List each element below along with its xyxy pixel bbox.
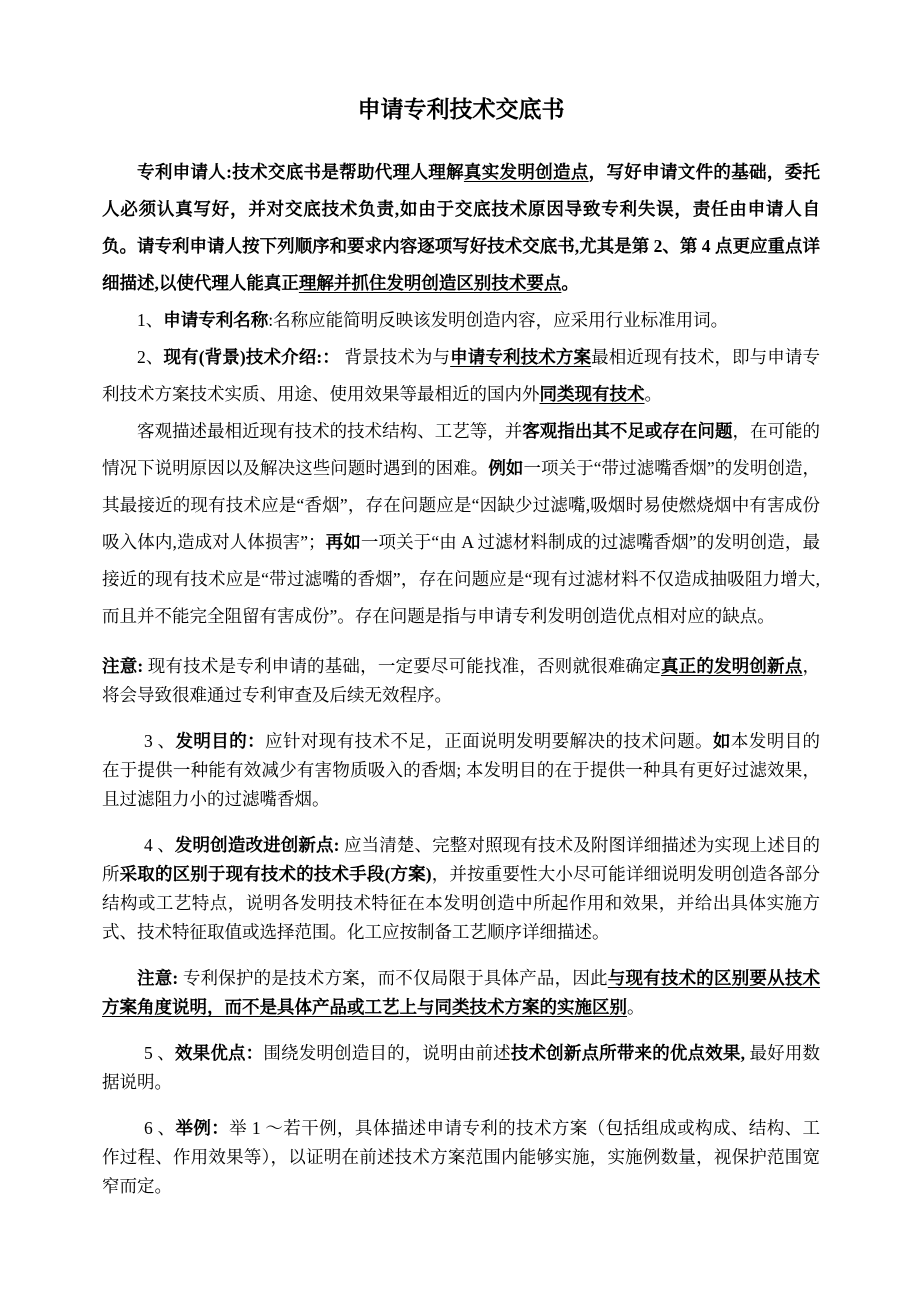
item-3-paragraph: 3 、发明目的：应针对现有技术不足，正面说明发明要解决的技术问题。如本发明目的在… [102, 727, 820, 814]
text-run: :名称应能简明反映该发明创造内容，应采用行业标准用词。 [268, 310, 728, 330]
text-run: 真正的发明创新点 [661, 656, 803, 676]
text-run: 注意: [102, 656, 143, 676]
text-run: 注意: [137, 968, 178, 988]
note-2-paragraph: 注意: 专利保护的是技术方案，而不仅局限于具体产品，因此与现有技术的区别要从技术… [102, 964, 820, 1022]
item-2-paragraph: 2、现有(背景)技术介绍:： 背景技术为与申请专利技术方案最相近现有技术，即与申… [102, 339, 820, 413]
text-run: 1、 [137, 310, 163, 330]
text-run: 采取的区别于现有技术的技术手段(方案) [120, 864, 432, 884]
text-run: 应针对现有技术不足，正面说明发明要解决的技术问题。 [265, 731, 713, 751]
intro-paragraph: 专利申请人:技术交底书是帮助代理人理解真实发明创造点，写好申请文件的基础，委托人… [102, 154, 820, 302]
text-run: 围绕发明创造目的，说明由前述 [263, 1043, 510, 1063]
item-4-paragraph: 4 、发明创造改进创新点: 应当清楚、完整对照现有技术及附图详细描述为实现上述目… [102, 831, 820, 947]
text-run: 发明创造改进创新点: [175, 835, 340, 855]
text-run: 专利申请人:技术交底书是帮助代理人理解 [137, 162, 464, 182]
text-run: 5 、 [144, 1043, 175, 1063]
text-run: 申请专利名称 [163, 310, 268, 330]
text-run: 现有(背景)技术介绍:： [164, 347, 340, 367]
text-run: 理解并抓住发明创造区别技术要点 [299, 273, 562, 293]
text-run: 效果优点： [175, 1043, 263, 1063]
text-run: 发明目的： [175, 731, 265, 751]
text-run: 专利保护的是技术方案，而不仅局限于具体产品，因此 [178, 968, 608, 988]
item-6-paragraph: 6 、举例：举 1 ～若干例，具体描述申请专利的技术方案（包括组成或构成、结构、… [102, 1114, 820, 1201]
text-run: 再如 [326, 532, 361, 552]
text-run: 4 、 [144, 835, 175, 855]
text-run: 。 [645, 384, 663, 404]
item-1-paragraph: 1、申请专利名称:名称应能简明反映该发明创造内容，应采用行业标准用词。 [102, 302, 820, 339]
text-run: 客观指出其不足或存在问题 [522, 421, 732, 441]
text-run: 技术创新点所带来的优点效果, [511, 1043, 745, 1063]
page-title: 申请专利技术交底书 [102, 96, 820, 124]
text-run: 真实发明创造点 [464, 162, 589, 182]
text-run: 如 [713, 731, 731, 751]
text-run: 背景技术为与 [340, 347, 450, 367]
document-page: 申请专利技术交底书 专利申请人:技术交底书是帮助代理人理解真实发明创造点，写好申… [0, 0, 920, 1302]
text-run: 3 、 [144, 731, 175, 751]
text-run: 2、 [137, 347, 164, 367]
text-run: 申请专利技术方案 [450, 347, 591, 367]
text-run: 现有技术是专利申请的基础，一定要尽可能找准，否则就很难确定 [143, 656, 661, 676]
text-run: 。 [561, 273, 579, 293]
text-run: 举例： [175, 1118, 229, 1138]
text-run: 例如 [488, 458, 523, 478]
text-run: 客观描述最相近现有技术的技术结构、工艺等，并 [137, 421, 522, 441]
item-5-paragraph: 5 、效果优点：围绕发明创造目的，说明由前述技术创新点所带来的优点效果, 最好用… [102, 1039, 820, 1097]
text-run: 同类现有技术 [540, 384, 645, 404]
note-1-paragraph: 注意: 现有技术是专利申请的基础，一定要尽可能找准，否则就很难确定真正的发明创新… [102, 652, 820, 710]
item-2-description-paragraph: 客观描述最相近现有技术的技术结构、工艺等，并客观指出其不足或存在问题，在可能的情… [102, 413, 820, 635]
text-run: 6 、 [144, 1118, 175, 1138]
text-run: 。 [627, 997, 645, 1017]
